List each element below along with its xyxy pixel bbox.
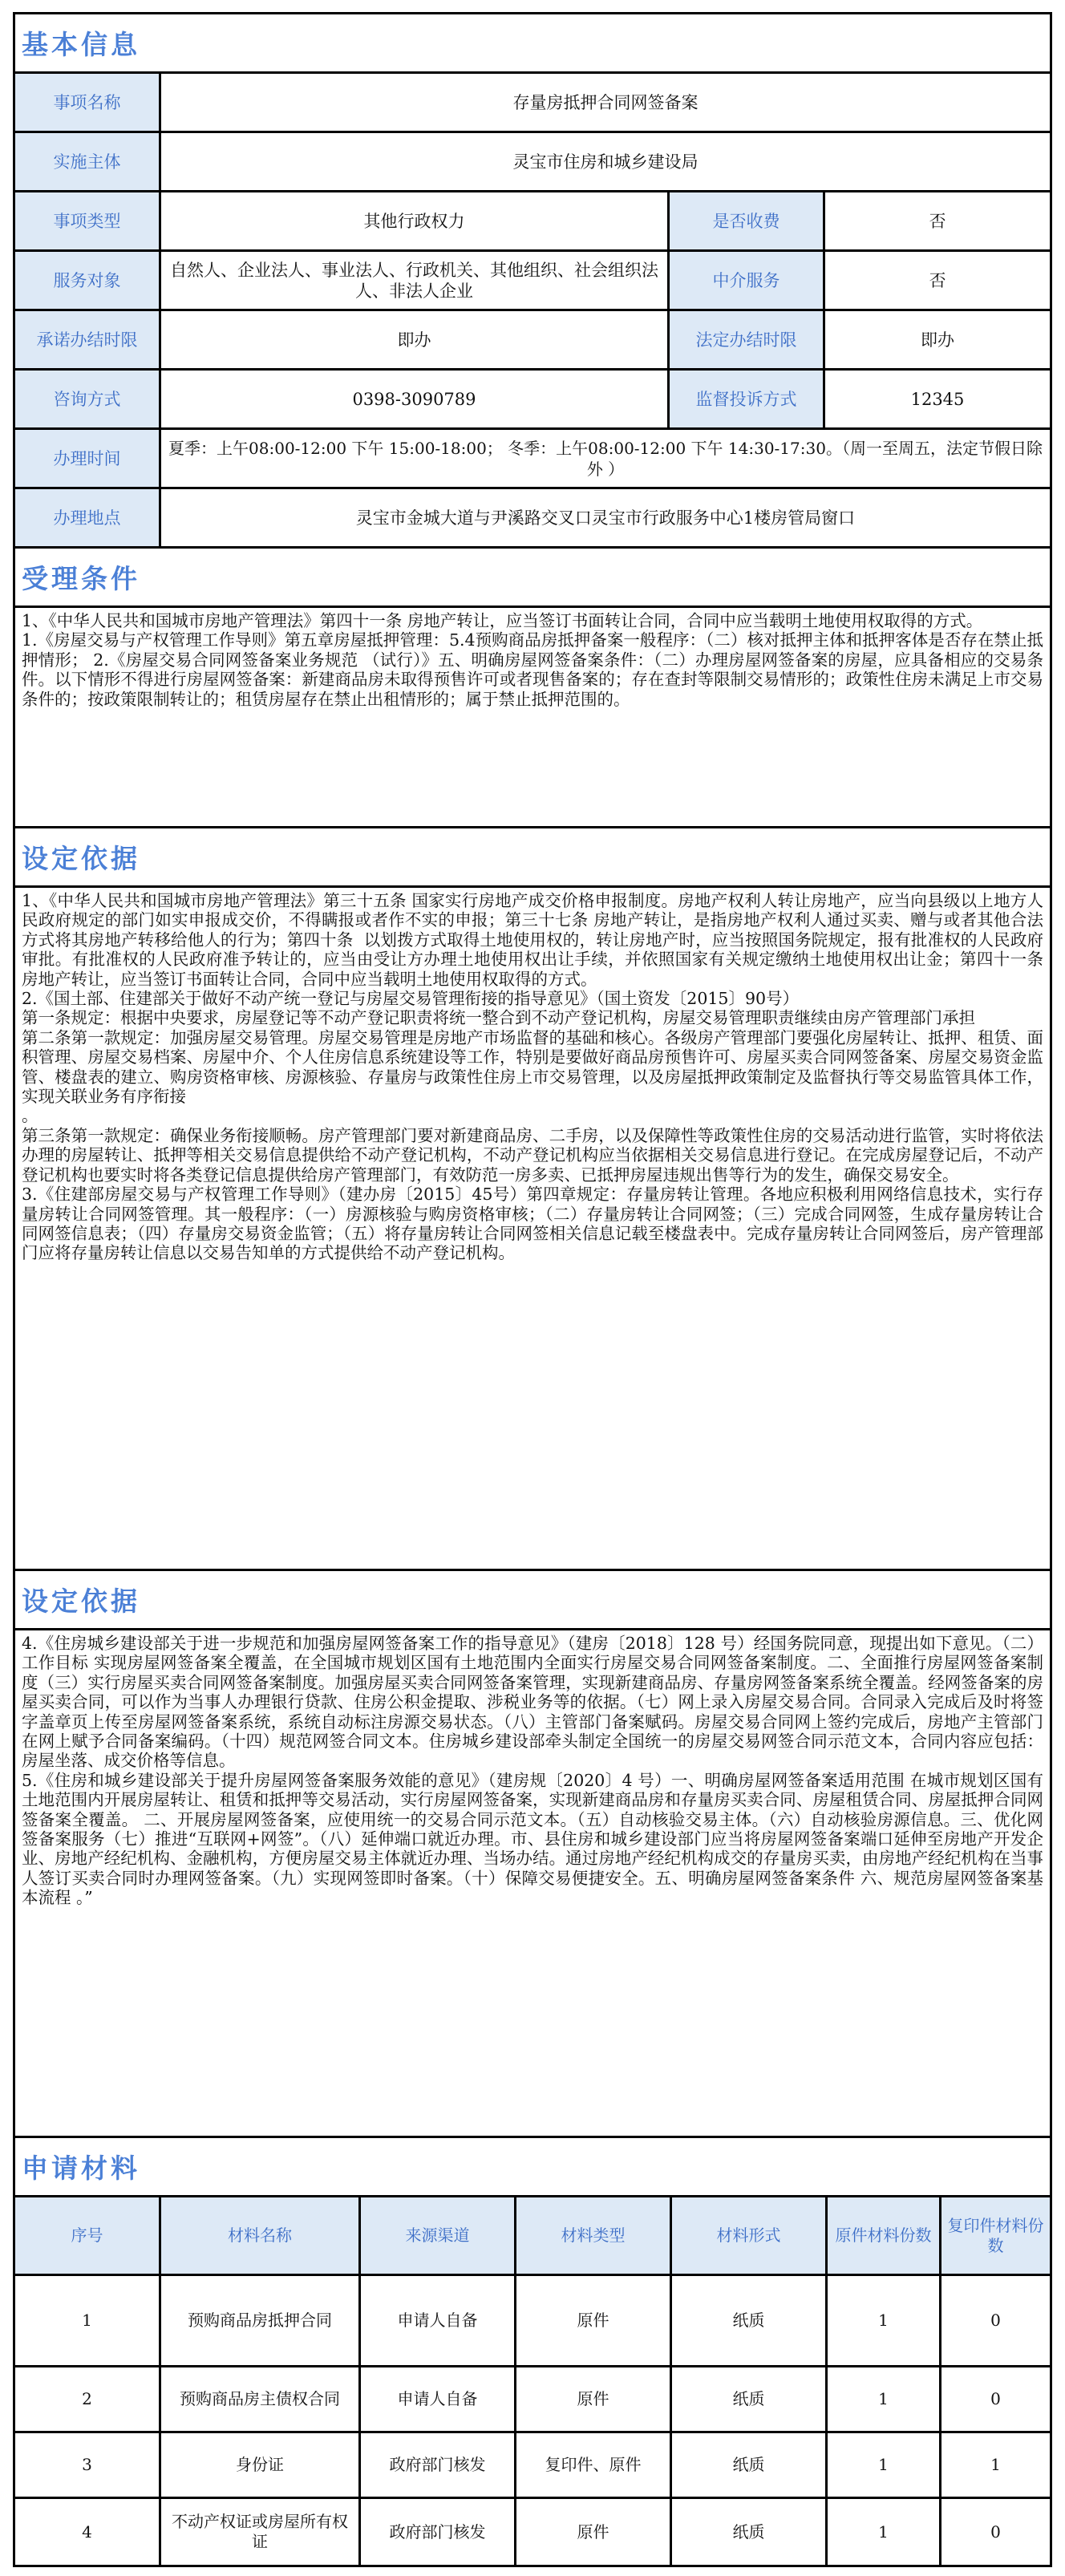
label-item-type: 事项类型 (15, 192, 161, 249)
header-source: 来源渠道 (361, 2197, 516, 2274)
label-complaint: 监督投诉方式 (670, 371, 825, 427)
value-charge: 否 (825, 192, 1050, 249)
row-time-limit: 承诺办结时限 即办 法定办结时限 即办 (15, 311, 1050, 371)
label-charge: 是否收费 (670, 192, 825, 249)
cell-seq: 3 (15, 2433, 161, 2497)
section-title-acceptance: 受理条件 (15, 549, 1050, 608)
cell-name: 身份证 (161, 2433, 361, 2497)
row-service-target: 服务对象 自然人、企业法人、事业法人、行政机关、其他组织、社会组织法人、非法人企… (15, 252, 1050, 311)
cell-original-count: 1 (828, 2433, 941, 2497)
cell-seq: 1 (15, 2276, 161, 2365)
section-title-materials: 申请材料 (15, 2138, 1050, 2197)
value-complaint: 12345 (825, 371, 1050, 427)
label-intermediary: 中介服务 (670, 252, 825, 309)
basis-paragraph: 4.《住房城乡建设部关于进一步规范和加强房屋网签备案工作的指导意见》（建房〔20… (22, 1634, 1043, 1771)
value-item-type: 其他行政权力 (161, 192, 670, 249)
header-copy-count: 复印件材料份数 (941, 2197, 1050, 2274)
row-hours: 办理时间 夏季：上午08:00-12:00 下午 15:00-18:00； 冬季… (15, 430, 1050, 489)
header-original-count: 原件材料份数 (828, 2197, 941, 2274)
value-intermediary: 否 (825, 252, 1050, 309)
label-service-target: 服务对象 (15, 252, 161, 309)
basis-paragraph: 第一条规定：根据中央要求，房屋登记等不动产登记职责将统一整合到不动产登记机构，房… (22, 1008, 1043, 1027)
value-service-target: 自然人、企业法人、事业法人、行政机关、其他组织、社会组织法人、非法人企业 (161, 252, 670, 309)
cell-source: 政府部门核发 (361, 2433, 516, 2497)
cell-copy-count: 0 (941, 2276, 1050, 2365)
cell-form: 纸质 (672, 2276, 828, 2365)
cell-type: 复印件、原件 (516, 2433, 672, 2497)
value-hours: 夏季：上午08:00-12:00 下午 15:00-18:00； 冬季：上午08… (161, 430, 1050, 487)
section-title-basis-2: 设定依据 (15, 1571, 1050, 1630)
label-promised-limit: 承诺办结时限 (15, 311, 161, 368)
value-item-name: 存量房抵押合同网签备案 (161, 74, 1050, 131)
value-promised-limit: 即办 (161, 311, 670, 368)
materials-header-row: 序号 材料名称 来源渠道 材料类型 材料形式 原件材料份数 复印件材料份数 (15, 2197, 1050, 2276)
label-legal-limit: 法定办结时限 (670, 311, 825, 368)
label-location: 办理地点 (15, 489, 161, 546)
cell-name: 预购商品房主债权合同 (161, 2367, 361, 2431)
acceptance-paragraph: 1.《房屋交易与产权管理工作导则》第五章房屋抵押管理：5.4预购商品房抵押备案一… (22, 630, 1043, 709)
table-row: 2 预购商品房主债权合同 申请人自备 原件 纸质 1 0 (15, 2367, 1050, 2433)
cell-form: 纸质 (672, 2499, 828, 2565)
table-row: 1 预购商品房抵押合同 申请人自备 原件 纸质 1 0 (15, 2276, 1050, 2367)
basis-paragraph: 1、《中华人民共和国城市房地产管理法》第三十五条 国家实行房地产成交价格申报制度… (22, 891, 1043, 989)
label-consult: 咨询方式 (15, 371, 161, 427)
cell-form: 纸质 (672, 2367, 828, 2431)
basis-paragraph: 5.《住房和城乡建设部关于提升房屋网签备案服务效能的意见》（建房规〔2020〕4… (22, 1771, 1043, 1908)
header-form: 材料形式 (672, 2197, 828, 2274)
basis-paragraph: 2.《国土部、住建部关于做好不动产统一登记与房屋交易管理衔接的指导意见》（国土资… (22, 989, 1043, 1008)
cell-original-count: 1 (828, 2276, 941, 2365)
basis-2-content: 4.《住房城乡建设部关于进一步规范和加强房屋网签备案工作的指导意见》（建房〔20… (15, 1630, 1050, 2138)
cell-form: 纸质 (672, 2433, 828, 2497)
acceptance-paragraph: 1、《中华人民共和国城市房地产管理法》第四十一条 房地产转让，应当签订书面转让合… (22, 611, 1043, 630)
header-type: 材料类型 (516, 2197, 672, 2274)
value-implementer: 灵宝市住房和城乡建设局 (161, 133, 1050, 190)
service-guide-sheet: 基本信息 事项名称 存量房抵押合同网签备案 实施主体 灵宝市住房和城乡建设局 事… (13, 12, 1052, 2567)
row-location: 办理地点 灵宝市金城大道与尹溪路交叉口灵宝市行政服务中心1楼房管局窗口 (15, 489, 1050, 549)
cell-original-count: 1 (828, 2367, 941, 2431)
cell-name: 不动产权证或房屋所有权证 (161, 2499, 361, 2565)
cell-type: 原件 (516, 2276, 672, 2365)
cell-copy-count: 0 (941, 2367, 1050, 2431)
cell-source: 申请人自备 (361, 2367, 516, 2431)
header-name: 材料名称 (161, 2197, 361, 2274)
cell-copy-count: 0 (941, 2499, 1050, 2565)
cell-source: 政府部门核发 (361, 2499, 516, 2565)
basis-paragraph: 第三条第一款规定：确保业务衔接顺畅。房产管理部门要对新建商品房、二手房，以及保障… (22, 1126, 1043, 1185)
acceptance-content: 1、《中华人民共和国城市房地产管理法》第四十一条 房地产转让，应当签订书面转让合… (15, 608, 1050, 828)
section-title-basis-1: 设定依据 (15, 828, 1050, 888)
cell-source: 申请人自备 (361, 2276, 516, 2365)
cell-type: 原件 (516, 2499, 672, 2565)
cell-name: 预购商品房抵押合同 (161, 2276, 361, 2365)
label-hours: 办理时间 (15, 430, 161, 487)
row-contact: 咨询方式 0398-3090789 监督投诉方式 12345 (15, 371, 1050, 430)
table-row: 3 身份证 政府部门核发 复印件、原件 纸质 1 1 (15, 2433, 1050, 2499)
row-item-type: 事项类型 其他行政权力 是否收费 否 (15, 192, 1050, 252)
materials-table: 序号 材料名称 来源渠道 材料类型 材料形式 原件材料份数 复印件材料份数 1 … (15, 2197, 1050, 2565)
label-item-name: 事项名称 (15, 74, 161, 131)
cell-type: 原件 (516, 2367, 672, 2431)
cell-original-count: 1 (828, 2499, 941, 2565)
basis-paragraph: 3.《住建部房屋交易与产权管理工作导则》（建办房〔2015〕45号）第四章规定：… (22, 1185, 1043, 1263)
cell-copy-count: 1 (941, 2433, 1050, 2497)
row-implementer: 实施主体 灵宝市住房和城乡建设局 (15, 133, 1050, 192)
value-legal-limit: 即办 (825, 311, 1050, 368)
section-title-basic-info: 基本信息 (15, 14, 1050, 74)
row-item-name: 事项名称 存量房抵押合同网签备案 (15, 74, 1050, 133)
label-implementer: 实施主体 (15, 133, 161, 190)
basis-paragraph: 第二条第一款规定：加强房屋交易管理。房屋交易管理是房地产市场监督的基础和核心。各… (22, 1028, 1043, 1126)
cell-seq: 4 (15, 2499, 161, 2565)
cell-seq: 2 (15, 2367, 161, 2431)
table-row: 4 不动产权证或房屋所有权证 政府部门核发 原件 纸质 1 0 (15, 2499, 1050, 2565)
basis-1-content: 1、《中华人民共和国城市房地产管理法》第三十五条 国家实行房地产成交价格申报制度… (15, 888, 1050, 1571)
value-location: 灵宝市金城大道与尹溪路交叉口灵宝市行政服务中心1楼房管局窗口 (161, 489, 1050, 546)
value-consult: 0398-3090789 (161, 371, 670, 427)
header-seq: 序号 (15, 2197, 161, 2274)
